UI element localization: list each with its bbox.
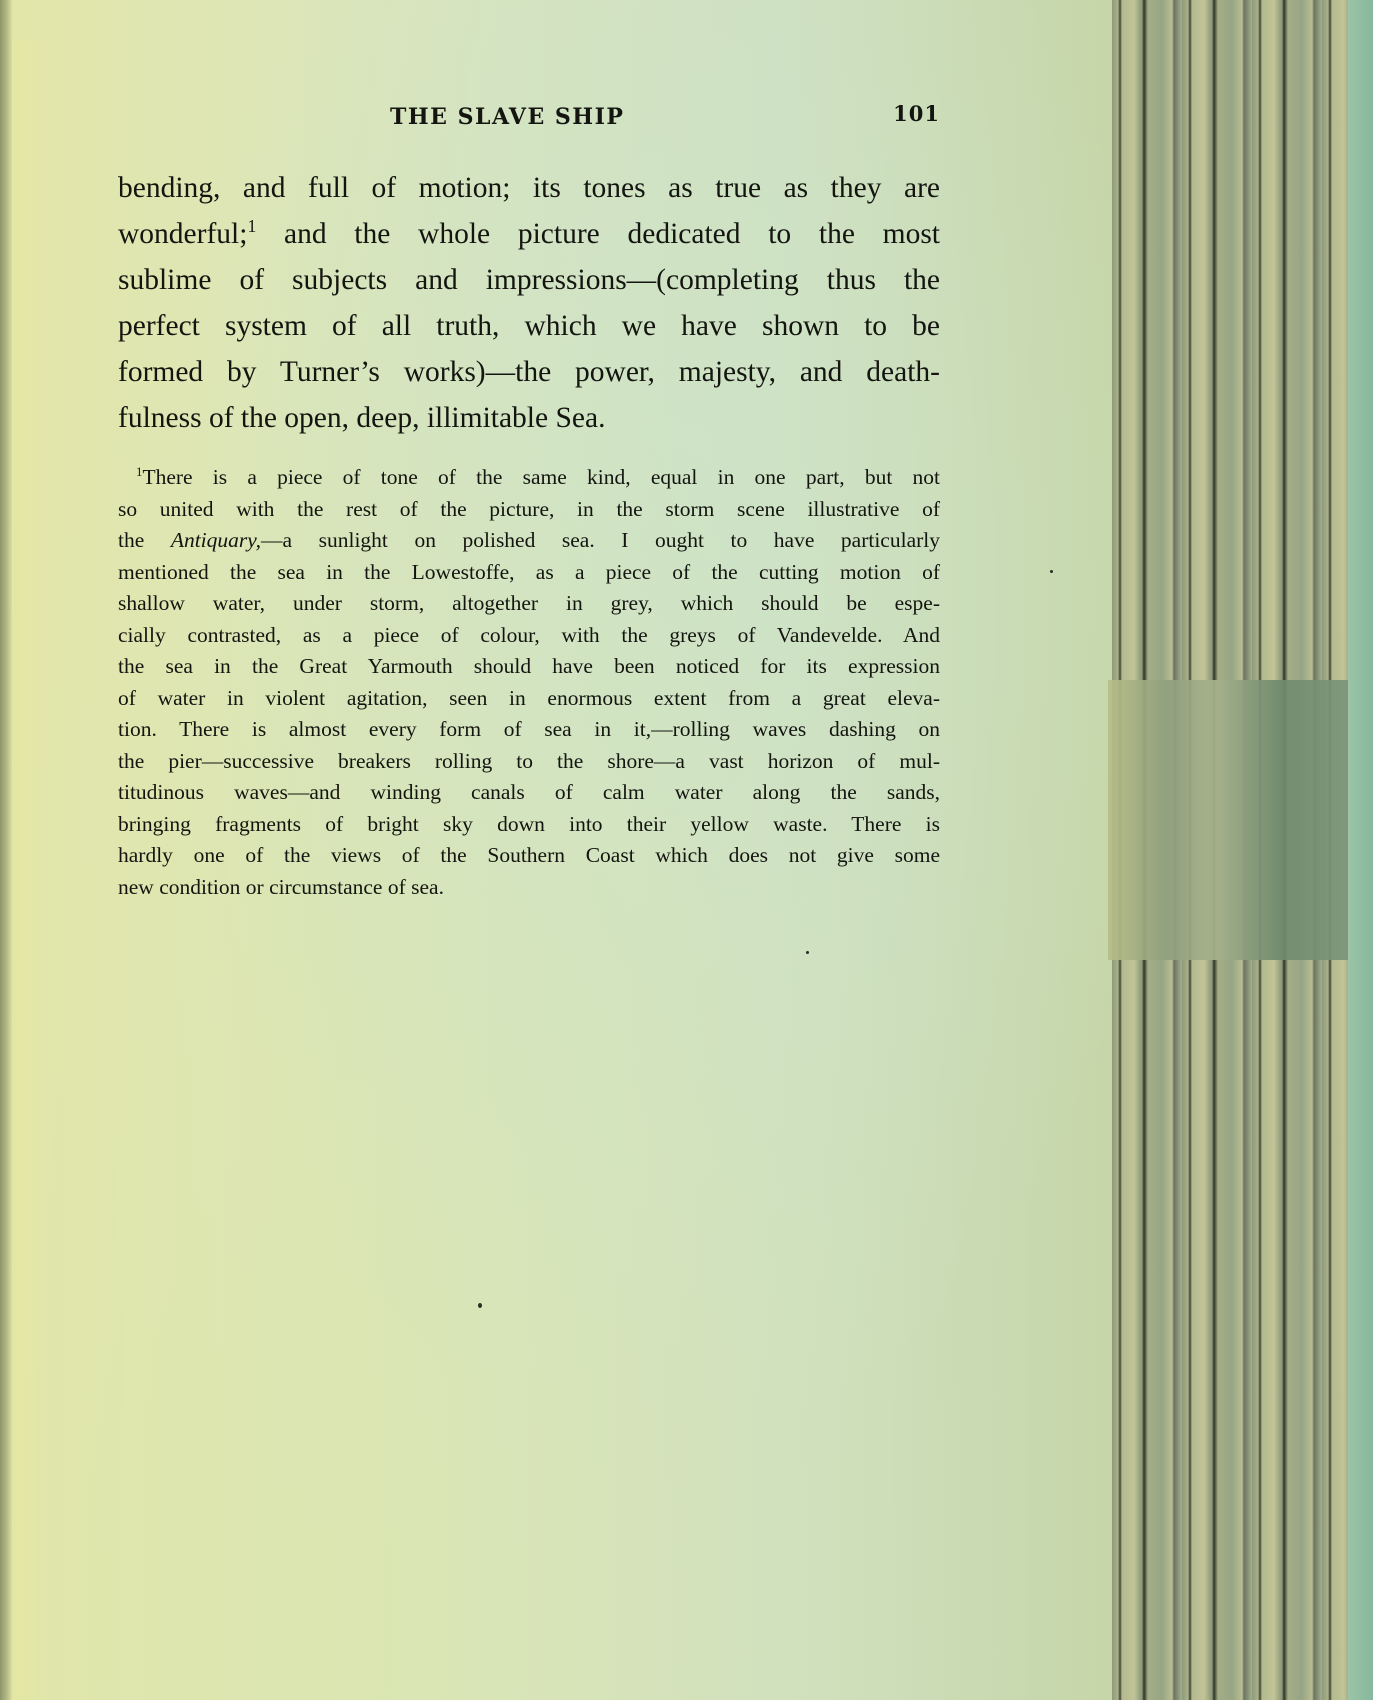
running-head: THE SLAVE SHIP 101: [118, 104, 940, 134]
footnote-line: 1There is a piece of tone of the same ki…: [118, 462, 940, 494]
body-line: formed by Turner’s works)—the power, maj…: [118, 349, 940, 395]
body-line: perfect system of all truth, which we ha…: [118, 303, 940, 349]
body-line: sublime of subjects and impressions—(com…: [118, 257, 940, 303]
paper-speck: [478, 1303, 482, 1308]
footnote-line: mentioned the sea in the Lowestoffe, as …: [118, 557, 940, 589]
footnote-reference: 1: [247, 216, 256, 236]
footnote-line: hardly one of the views of the Southern …: [118, 840, 940, 872]
page-stack-blur-region: [1108, 680, 1348, 960]
footnote-line: bringing fragments of bright sky down in…: [118, 809, 940, 841]
footnote-line: shallow water, under storm, altogether i…: [118, 588, 940, 620]
body-line: fulness of the open, deep, illimitable S…: [118, 395, 940, 441]
italic-title: Antiquary,: [171, 528, 261, 552]
footnote-line-text: —a sunlight on polished sea. I ought to …: [261, 528, 940, 552]
body-paragraph: bending, and full of motion; its tones a…: [118, 165, 940, 441]
footnote-line: the pier—successive breakers rolling to …: [118, 746, 940, 778]
paper-speck: [1050, 570, 1053, 573]
page-number: 101: [893, 101, 940, 126]
footnote-line-text: There is a piece of tone of the same kin…: [142, 465, 940, 489]
page-stack-outer-edge: [1348, 0, 1373, 1700]
footnote-line: new condition or circumstance of sea.: [118, 872, 940, 904]
footnote-line: the sea in the Great Yarmouth should hav…: [118, 651, 940, 683]
body-line-text: wonderful;: [118, 218, 247, 250]
book-page: THE SLAVE SHIP 101 bending, and full of …: [0, 0, 1115, 1700]
footnote-line: so united with the rest of the picture, …: [118, 494, 940, 526]
footnote-line: cially contrasted, as a piece of colour,…: [118, 620, 940, 652]
body-line: wonderful;1 and the whole picture dedica…: [118, 211, 940, 257]
body-line: bending, and full of motion; its tones a…: [118, 165, 940, 211]
footnote-line: of water in violent agitation, seen in e…: [118, 683, 940, 715]
paper-speck: [806, 951, 809, 954]
page-fold-shadow: [12, 40, 52, 1700]
footnote-line: the Antiquary,—a sunlight on polished se…: [118, 525, 940, 557]
page-gutter-edge: [0, 0, 12, 1700]
footnote-line: tion. There is almost every form of sea …: [118, 714, 940, 746]
running-title: THE SLAVE SHIP: [390, 104, 624, 130]
footnote-line-text: the: [118, 528, 171, 552]
footnote: 1There is a piece of tone of the same ki…: [118, 462, 940, 903]
body-line-text: and the whole picture dedicated to the m…: [284, 218, 940, 250]
footnote-line: titudinous waves—and winding canals of c…: [118, 777, 940, 809]
